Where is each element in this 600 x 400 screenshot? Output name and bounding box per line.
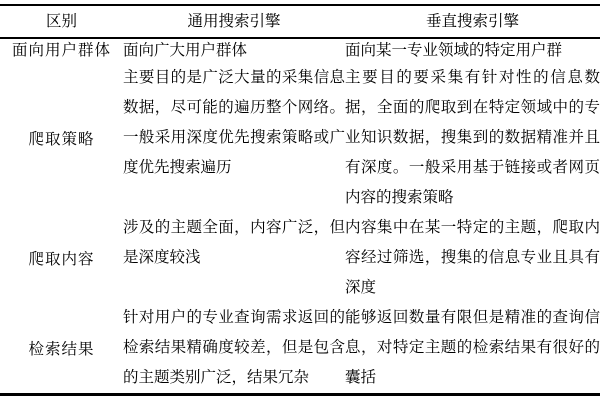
table-row-crawl-content: 爬取内容 涉及的主题全面，内容广泛，但是深度较浅 内容集中在某一特定的主题，爬取…	[0, 213, 600, 303]
header-cell-difference: 区别	[0, 5, 123, 38]
table-row-crawl-strategy: 爬取策略 主要目的是广泛大量的采集信息数据，尽可能的遍历整个网络。一般采用深度优…	[0, 63, 600, 213]
table-header-row: 区别 通用搜索引擎 垂直搜索引擎	[0, 5, 600, 38]
general-engine-cell: 针对用户的专业查询需求返回的检索结果精确度较差，但是包含的主题类别广泛，结果冗杂	[123, 303, 345, 395]
row-label-cell: 检索结果	[0, 303, 123, 395]
header-cell-general-search-engine: 通用搜索引擎	[123, 5, 345, 38]
vertical-engine-cell: 内容集中在某一特定的主题，爬取内容经过筛选，搜集的信息专业且具有深度	[345, 213, 600, 303]
header-cell-vertical-search-engine: 垂直搜索引擎	[345, 5, 600, 38]
vertical-engine-cell: 主要目的要采集有针对性的信息数据，全面的爬取到在特定领域中的专业知识数据，搜集到…	[345, 63, 600, 213]
table-row-search-results: 检索结果 针对用户的专业查询需求返回的检索结果精确度较差，但是包含的主题类别广泛…	[0, 303, 600, 395]
row-label-cell: 爬取策略	[0, 63, 123, 213]
general-engine-cell: 主要目的是广泛大量的采集信息数据，尽可能的遍历整个网络。一般采用深度优先搜索策略…	[123, 63, 345, 213]
table-row-user-group: 面向用户群体 面向广大用户群体 面向某一专业领域的特定用户群	[0, 38, 600, 63]
vertical-engine-cell: 面向某一专业领域的特定用户群	[345, 38, 600, 63]
vertical-engine-cell: 能够返回数量有限但是精准的查询信息，对特定主题的检索结果有很好的囊括	[345, 303, 600, 395]
comparison-table: 区别 通用搜索引擎 垂直搜索引擎 面向用户群体 面向广大用户群体 面向某一专业领…	[0, 4, 600, 396]
row-label-cell: 爬取内容	[0, 213, 123, 303]
general-engine-cell: 面向广大用户群体	[123, 38, 345, 63]
general-engine-cell: 涉及的主题全面，内容广泛，但是深度较浅	[123, 213, 345, 303]
row-label-cell: 面向用户群体	[0, 38, 123, 63]
